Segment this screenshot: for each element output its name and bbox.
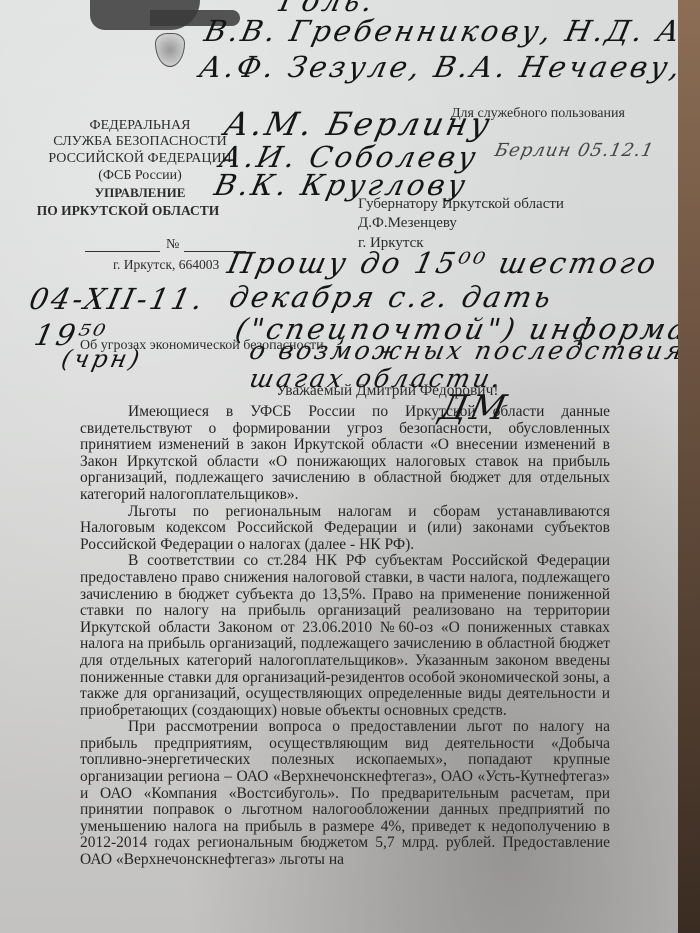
letter-body: Имеющиеся в УФСБ России по Иркутской обл…: [80, 404, 610, 869]
body-paragraph-2: Льготы по региональным налогам и сборам …: [80, 504, 610, 554]
handwritten-signature: ДМ: [436, 388, 513, 428]
number-label: №: [166, 237, 179, 253]
dept-line-2: ПО ИРКУТСКОЙ ОБЛАСТИ: [28, 203, 228, 219]
handwritten-time-note: (чрн): [59, 345, 145, 373]
date-line: [85, 251, 160, 252]
handwritten-resolution-1: Прошу до 15⁰⁰ шестого: [224, 246, 661, 280]
handwritten-recipients-3: А.М. Берлину: [221, 105, 496, 143]
org-line-1: ФЕДЕРАЛЬНАЯ: [40, 118, 240, 134]
handwritten-date: 04-XII-11.: [26, 282, 208, 316]
dept-line-1: УПРАВЛЕНИЕ: [40, 185, 240, 201]
org-line-3: РОССИЙСКОЙ ФЕДЕРАЦИИ: [40, 151, 240, 167]
handwritten-receipt-note: Берлин 05.12.1: [493, 140, 656, 161]
fsb-emblem-icon: [155, 33, 185, 67]
org-line-2: СЛУЖБА БЕЗОПАСНОСТИ: [40, 134, 240, 150]
body-paragraph-1: Имеющиеся в УФСБ России по Иркутской обл…: [80, 404, 610, 504]
handwritten-resolution-4: о возможных последствиях: [247, 336, 700, 365]
org-line-4: (ФСБ России): [40, 168, 240, 184]
background-surface: [678, 0, 700, 933]
handwritten-recipients-1: В.В. Гребенникову, Н.Д. Ананьеву,: [201, 14, 700, 48]
body-paragraph-4: При рассмотрении вопроса о предоставлени…: [80, 719, 610, 868]
handwritten-resolution-2: декабря с.г. дать: [226, 280, 557, 314]
addressee-line-2: Д.Ф.Мезенцеву: [358, 215, 457, 231]
body-paragraph-3: В соответствии со ст.284 НК РФ субъектам…: [80, 553, 610, 719]
handwritten-recipients-2: А.Ф. Зезуле, В.А. Нечаеву,: [196, 50, 686, 84]
handwritten-recipients-5: В.К. Круглову: [211, 168, 471, 202]
document-page: ФЕДЕРАЛЬНАЯ СЛУЖБА БЕЗОПАСНОСТИ РОССИЙСК…: [0, 0, 680, 933]
city-line: г. Иркутск, 664003: [113, 257, 219, 273]
